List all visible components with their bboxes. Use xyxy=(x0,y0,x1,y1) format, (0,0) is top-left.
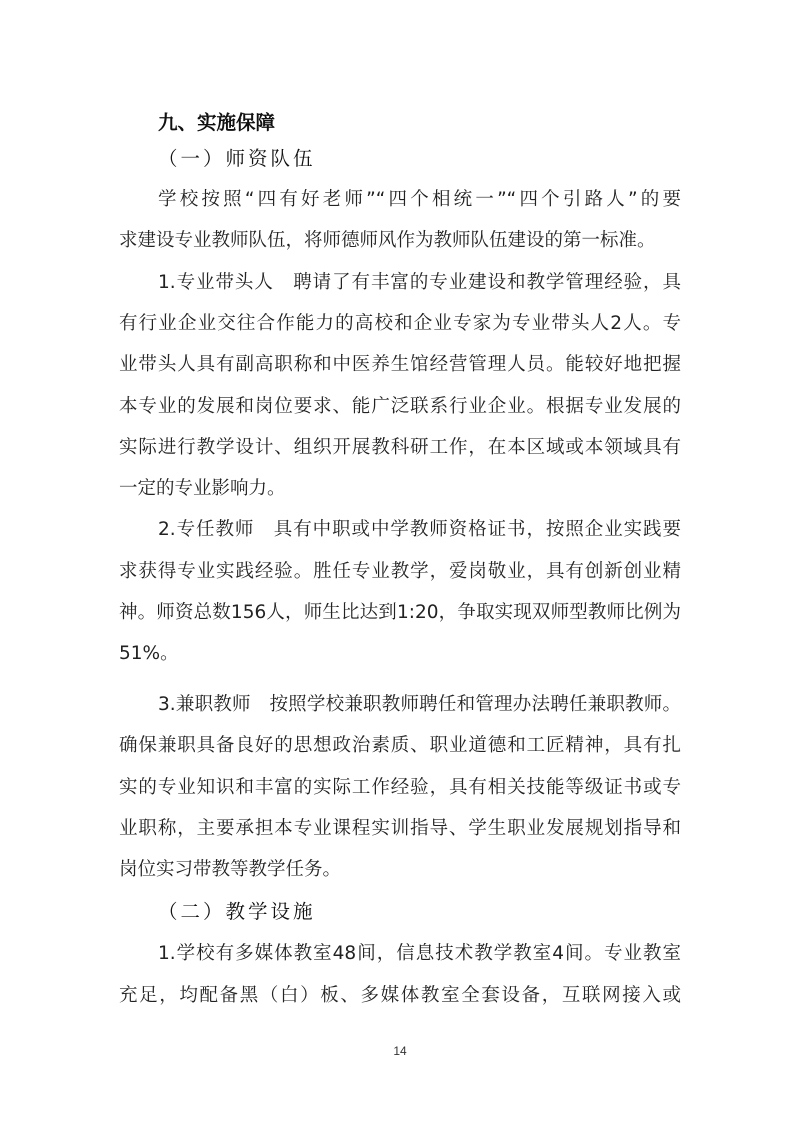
subsection-title-facilities: （二）教学设施 xyxy=(158,897,316,927)
paragraph-line: 1.学校有多媒体教室48间，信息技术教学教室4间。专业教室 xyxy=(158,939,681,969)
paragraph-line: 求建设专业教师队伍，将师德师风作为教师队伍建设的第一标准。 xyxy=(119,226,681,256)
paragraph-line: 有行业企业交往合作能力的高校和企业专家为专业带头人2人。专 xyxy=(119,309,681,339)
paragraph-line: 实的专业知识和丰富的实际工作经验，具有相关技能等级证书或专 xyxy=(119,773,681,803)
document-page: 九、实施保障 （一）师资队伍 学校按照“四有好老师”“四个相统一”“四个引路人”… xyxy=(0,0,800,1131)
paragraph-line: 求获得专业实践经验。胜任专业教学，爱岗敬业，具有创新创业精 xyxy=(119,557,681,587)
section-heading: 九、实施保障 xyxy=(158,108,275,138)
paragraph-line: 3.兼职教师 按照学校兼职教师聘任和管理办法聘任兼职教师。 xyxy=(158,690,681,720)
paragraph-line: 一定的专业影响力。 xyxy=(119,474,681,504)
paragraph-line: 充足，均配备黑（白）板、多媒体教室全套设备，互联网接入或 xyxy=(119,981,681,1011)
paragraph-line: 本专业的发展和岗位要求、能广泛联系行业企业。根据专业发展的 xyxy=(119,392,681,422)
subsection-title-faculty: （一）师资队伍 xyxy=(158,144,316,174)
paragraph-line: 2.专任教师 具有中职或中学教师资格证书，按照企业实践要 xyxy=(158,515,681,545)
paragraph-line: 1.专业带头人 聘请了有丰富的专业建设和教学管理经验，具 xyxy=(158,268,681,298)
paragraph-line: 业职称，主要承担本专业课程实训指导、学生职业发展规划指导和 xyxy=(119,814,681,844)
paragraph-line: 51%。 xyxy=(119,639,681,669)
paragraph-line: 岗位实习带教等教学任务。 xyxy=(119,855,681,885)
paragraph-line: 学校按照“四有好老师”“四个相统一”“四个引路人”的要 xyxy=(158,185,681,215)
page-number: 14 xyxy=(0,1044,800,1058)
paragraph-line: 神。师资总数156人，师生比达到1:20，争取实现双师型教师比例为 xyxy=(119,598,681,628)
paragraph-line: 实际进行教学设计、组织开展教科研工作，在本区域或本领域具有 xyxy=(119,433,681,463)
paragraph-line: 业带头人具有副高职称和中医养生馆经营管理人员。能较好地把握 xyxy=(119,350,681,380)
paragraph-line: 确保兼职具备良好的思想政治素质、职业道德和工匠精神，具有扎 xyxy=(119,731,681,761)
